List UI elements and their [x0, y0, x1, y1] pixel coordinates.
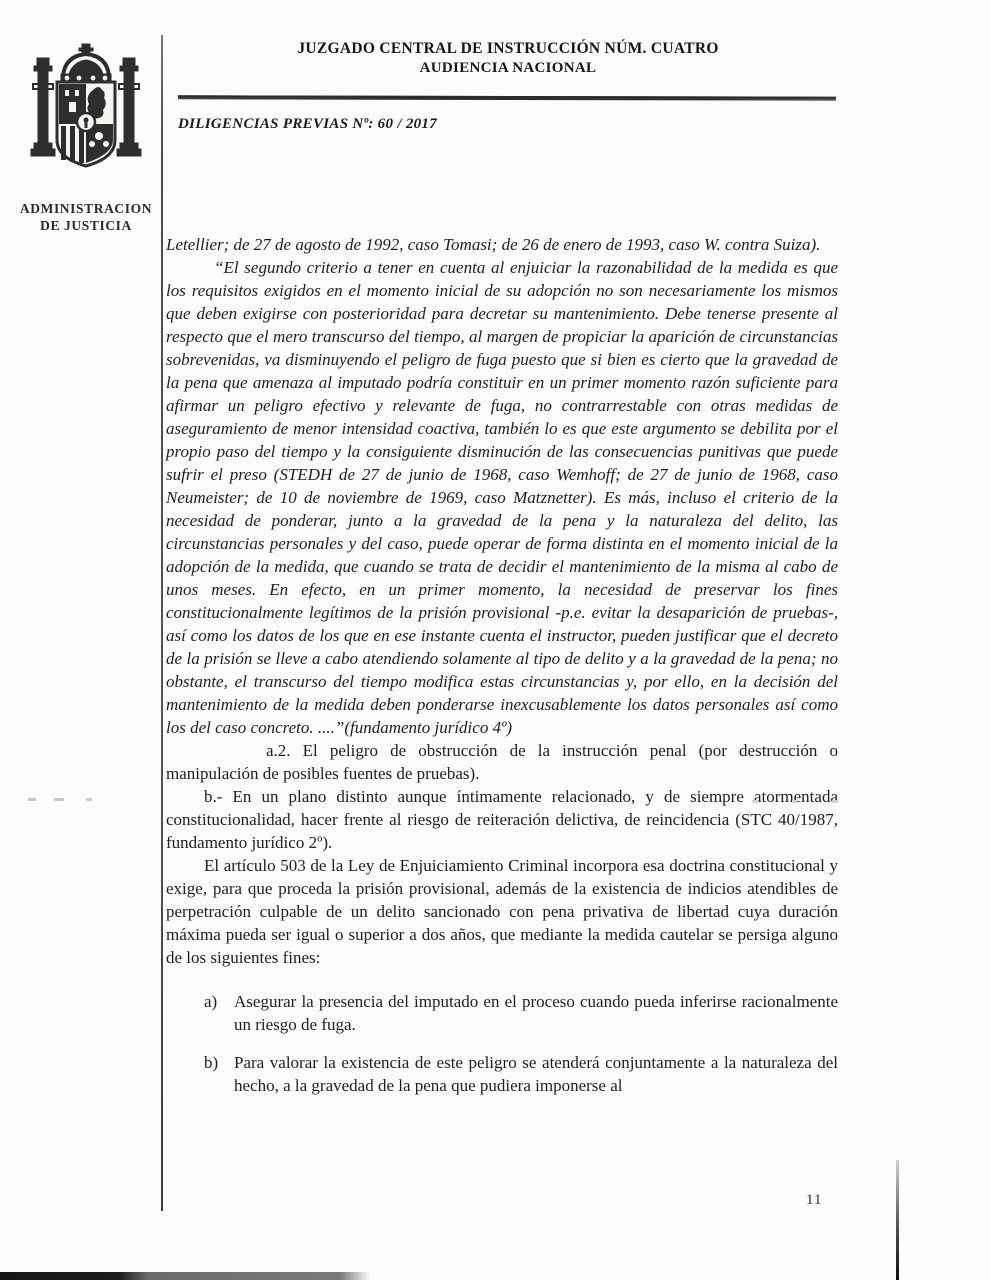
court-jurisdiction: AUDIENCIA NACIONAL — [178, 59, 838, 77]
scanned-court-document-page: ADMINISTRACION DE JUSTICIA JUZGADO CENTR… — [0, 0, 990, 1280]
scan-artifact-vertical-line — [896, 1160, 899, 1280]
paragraph-constitutional-quote: “El segundo criterio a tener en cuenta a… — [166, 256, 838, 739]
court-name: JUZGADO CENTRAL DE INSTRUCCIÓN NÚM. CUAT… — [178, 40, 838, 58]
administration-of-justice-emblem: ADMINISTRACION DE JUSTICIA — [18, 40, 154, 234]
page-number: 11 — [806, 1192, 822, 1209]
case-reference: DILIGENCIAS PREVIAS Nº: 60 / 2017 — [178, 116, 437, 133]
scan-artifact-bottom-band — [0, 1272, 370, 1280]
list-item-marker: b) — [204, 1051, 234, 1097]
scan-artifact-margin-dashes — [28, 798, 108, 801]
header-divider — [178, 95, 836, 100]
left-margin-rule — [161, 35, 163, 1211]
paragraph-a2-obstruction: a.2. El peligro de obstrucción de la ins… — [166, 739, 838, 785]
list-item-text: Para valorar la existencia de este pelig… — [234, 1051, 838, 1097]
paragraph-b-reincidence: b.- En un plano distinto aunque íntimame… — [166, 785, 838, 854]
court-header: JUZGADO CENTRAL DE INSTRUCCIÓN NÚM. CUAT… — [178, 40, 838, 77]
document-body: Letellier; de 27 de agosto de 1992, caso… — [166, 233, 838, 1097]
paragraph-article-503: El artículo 503 de la Ley de Enjuiciamie… — [166, 854, 838, 969]
scan-artifact-right-dots — [752, 800, 842, 803]
emblem-caption-line1: ADMINISTRACION — [18, 200, 154, 217]
paragraph-quote-continuation: Letellier; de 27 de agosto de 1992, caso… — [166, 233, 838, 256]
purposes-list: a) Asegurar la presencia del imputado en… — [166, 990, 838, 1097]
emblem-caption-line2: DE JUSTICIA — [18, 217, 154, 234]
list-item-text: Asegurar la presencia del imputado en el… — [234, 990, 838, 1036]
list-item-marker: a) — [204, 990, 234, 1036]
list-item: b) Para valorar la existencia de este pe… — [204, 1051, 838, 1097]
spain-coat-of-arms-icon — [18, 40, 154, 190]
list-item: a) Asegurar la presencia del imputado en… — [204, 990, 838, 1036]
